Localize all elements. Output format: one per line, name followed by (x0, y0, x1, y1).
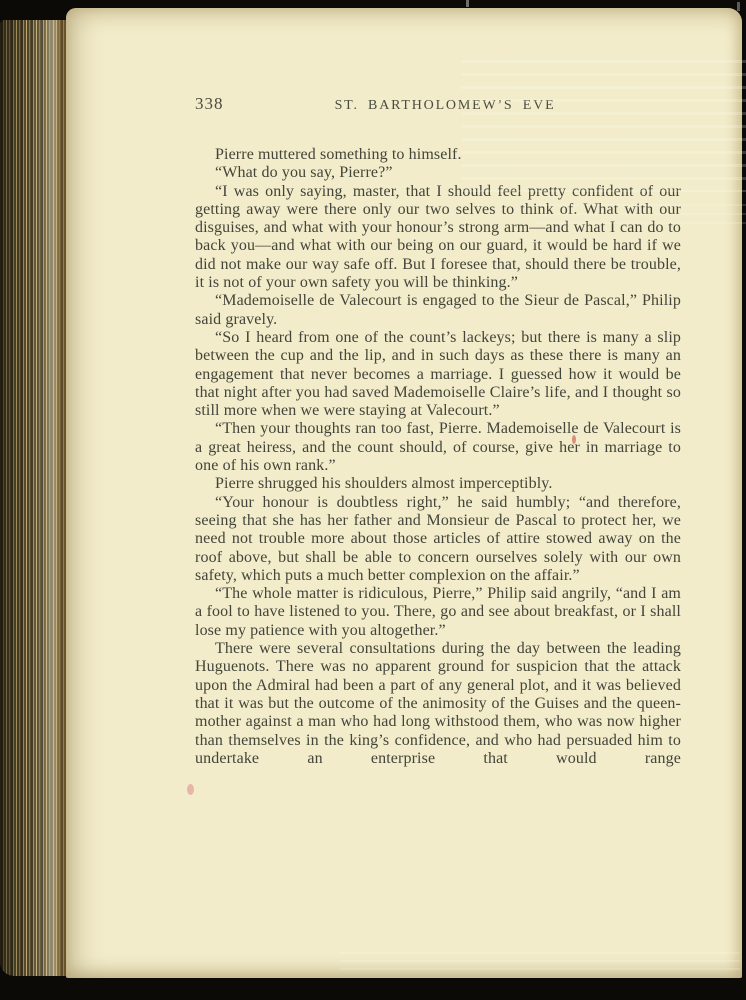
book-page: 338 ST. BARTHOLOMEW’S EVE Pierre muttere… (66, 8, 742, 978)
book-fore-edge-pages (0, 20, 72, 976)
page-text: Pierre muttered something to himself. “W… (195, 146, 681, 768)
paragraph: “Your honour is doubtless right,” he sai… (195, 494, 681, 585)
scan-streak (340, 952, 740, 972)
dust-speck (466, 0, 469, 7)
paragraph: “What do you say, Pierre?” (195, 164, 681, 182)
paragraph: “The whole matter is ridiculous, Pierre,… (195, 585, 681, 640)
paragraph: Pierre shrugged his shoulders almost imp… (195, 475, 681, 493)
running-title: ST. BARTHOLOMEW’S EVE (195, 98, 695, 114)
paragraph: “I was only saying, master, that I shoul… (195, 183, 681, 293)
scanned-book-photo: 338 ST. BARTHOLOMEW’S EVE Pierre muttere… (0, 0, 746, 1000)
dust-speck (737, 2, 740, 11)
paragraph: Pierre muttered something to himself. (195, 146, 681, 164)
paragraph: “So I heard from one of the count’s lack… (195, 329, 681, 420)
pink-mark (187, 784, 194, 795)
paragraph: “Then your thoughts ran too fast, Pierre… (195, 420, 681, 475)
paragraph: “Mademoiselle de Valecourt is engaged to… (195, 292, 681, 329)
paragraph: There were several consultations during … (195, 640, 681, 768)
